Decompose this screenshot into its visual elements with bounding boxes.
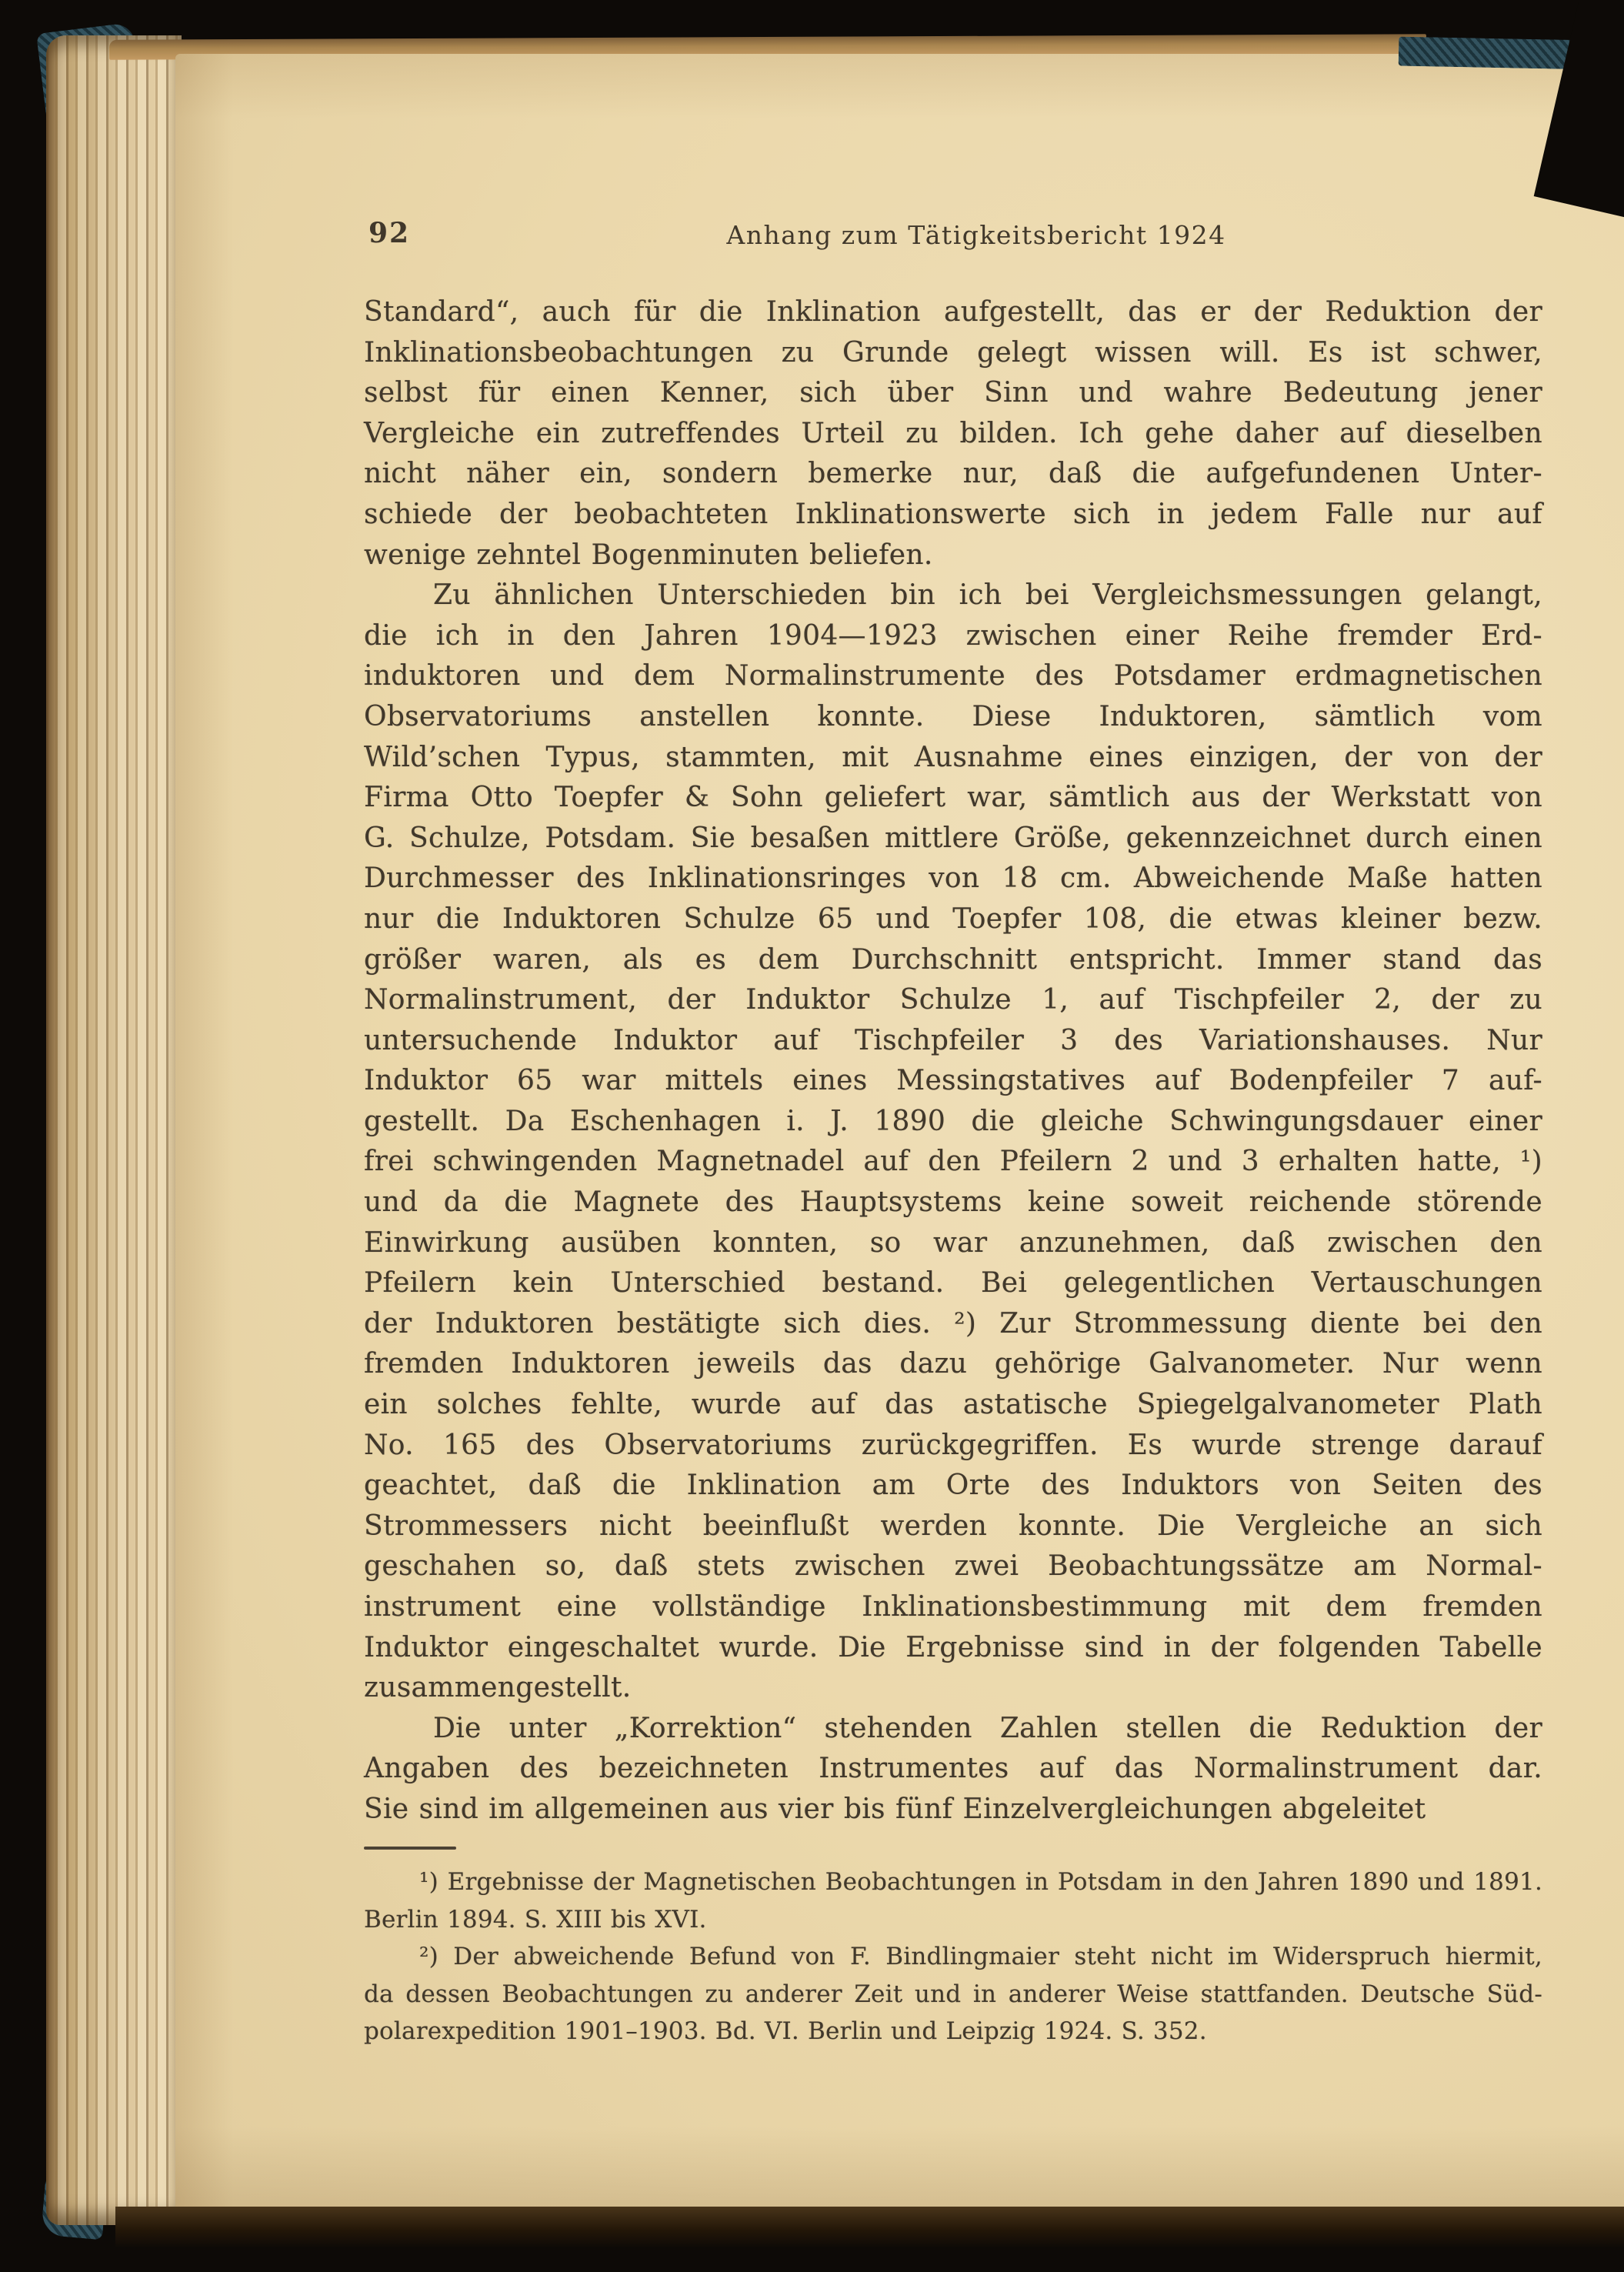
book-page: 92 Anhang zum Tätigkeitsbericht 1924 Sta…: [175, 54, 1624, 2213]
footnote-line: ²) Der abweichende Befund von F. Bindlin…: [364, 1938, 1542, 1976]
body-text-line: schiede der beobachteten Inklinationswer…: [364, 495, 1542, 535]
footnote-separator: [364, 1847, 456, 1850]
body-text: Standard“, auch für die Inklination aufg…: [364, 292, 1542, 1830]
footnote-line: Berlin 1894. S. XIII bis XVI.: [364, 1901, 1542, 1939]
body-text-line: Induktor eingeschaltet wurde. Die Ergebn…: [364, 1628, 1542, 1669]
body-text-line: der Induktoren bestätigte sich dies. ²) …: [364, 1304, 1542, 1345]
body-text-line: frei schwingenden Magnetnadel auf den Pf…: [364, 1142, 1542, 1183]
body-text-line: induktoren und dem Normalinstrumente des…: [364, 656, 1542, 697]
body-text-line: instrument eine vollständige Inklination…: [364, 1587, 1542, 1628]
footnote-line: polarexpedition 1901–1903. Bd. VI. Berli…: [364, 2013, 1542, 2050]
body-text-line: gestellt. Da Eschenhagen i. J. 1890 die …: [364, 1102, 1542, 1143]
page-bottom-shadow: [115, 2207, 1624, 2248]
body-text-line: G. Schulze, Potsdam. Sie besaßen mittler…: [364, 819, 1542, 859]
body-text-line: untersuchende Induktor auf Tischpfeiler …: [364, 1021, 1542, 1062]
body-text-line: geachtet, daß die Inklination am Orte de…: [364, 1466, 1542, 1506]
page-header: 92 Anhang zum Tätigkeitsbericht 1924: [364, 217, 1542, 260]
body-text-line: größer waren, als es dem Durchschnitt en…: [364, 940, 1542, 981]
body-text-line: Sie sind im allgemeinen aus vier bis fün…: [364, 1790, 1542, 1830]
body-text-line: fremden Induktoren jeweils das dazu gehö…: [364, 1344, 1542, 1385]
body-text-line: Vergleiche ein zutreffendes Urteil zu bi…: [364, 414, 1542, 455]
body-text-line: Observatoriums anstellen konnte. Diese I…: [364, 697, 1542, 738]
body-text-line: die ich in den Jahren 1904—1923 zwischen…: [364, 616, 1542, 657]
body-text-line: Einwirkung ausüben konnten, so war anzun…: [364, 1223, 1542, 1264]
body-text-line: geschahen so, daß stets zwischen zwei Be…: [364, 1546, 1542, 1587]
book-photo: { "page": { "number": "92", "running_hea…: [0, 0, 1624, 2272]
footnote-line: da dessen Beobachtungen zu anderer Zeit …: [364, 1976, 1542, 2013]
body-text-line: nur die Induktoren Schulze 65 und Toepfe…: [364, 899, 1542, 940]
footnotes: ¹) Ergebnisse der Magnetischen Beobachtu…: [364, 1863, 1542, 2050]
body-text-line: ein solches fehlte, wurde auf das astati…: [364, 1385, 1542, 1426]
body-text-line: zusammengestellt.: [364, 1668, 1542, 1709]
body-text-line: Standard“, auch für die Inklination aufg…: [364, 292, 1542, 333]
body-text-line: Wild’schen Typus, stammten, mit Ausnahme…: [364, 738, 1542, 779]
body-text-line: wenige zehntel Bogenminuten beliefen.: [364, 535, 1542, 576]
body-text-line: Firma Otto Toepfer & Sohn geliefert war,…: [364, 778, 1542, 819]
body-text-line: nicht näher ein, sondern bemerke nur, da…: [364, 454, 1542, 495]
footnote-line: ¹) Ergebnisse der Magnetischen Beobachtu…: [364, 1863, 1542, 1901]
body-text-line: No. 165 des Observatoriums zurückgegriff…: [364, 1426, 1542, 1466]
body-text-line: selbst für einen Kenner, sich über Sinn …: [364, 373, 1542, 414]
body-text-line: Inklinationsbeobachtungen zu Grunde gele…: [364, 333, 1542, 374]
body-text-line: Angaben des bezeichneten Instrumentes au…: [364, 1749, 1542, 1790]
body-text-line: Normalinstrument, der Induktor Schulze 1…: [364, 980, 1542, 1021]
body-text-line: und da die Magnete des Hauptsystems kein…: [364, 1183, 1542, 1223]
body-text-line: Durchmesser des Inklinationsringes von 1…: [364, 859, 1542, 899]
running-header: Anhang zum Tätigkeitsbericht 1924: [364, 220, 1542, 250]
body-text-line: Strommessers nicht beeinflußt werden kon…: [364, 1506, 1542, 1547]
body-text-line: Zu ähnlichen Unterschieden bin ich bei V…: [364, 576, 1542, 616]
page-stack-edge: [46, 35, 182, 2225]
body-text-line: Induktor 65 war mittels eines Messingsta…: [364, 1061, 1542, 1102]
body-text-line: Pfeilern kein Unterschied bestand. Bei g…: [364, 1263, 1542, 1304]
body-text-line: Die unter „Korrektion“ stehenden Zahlen …: [364, 1709, 1542, 1750]
